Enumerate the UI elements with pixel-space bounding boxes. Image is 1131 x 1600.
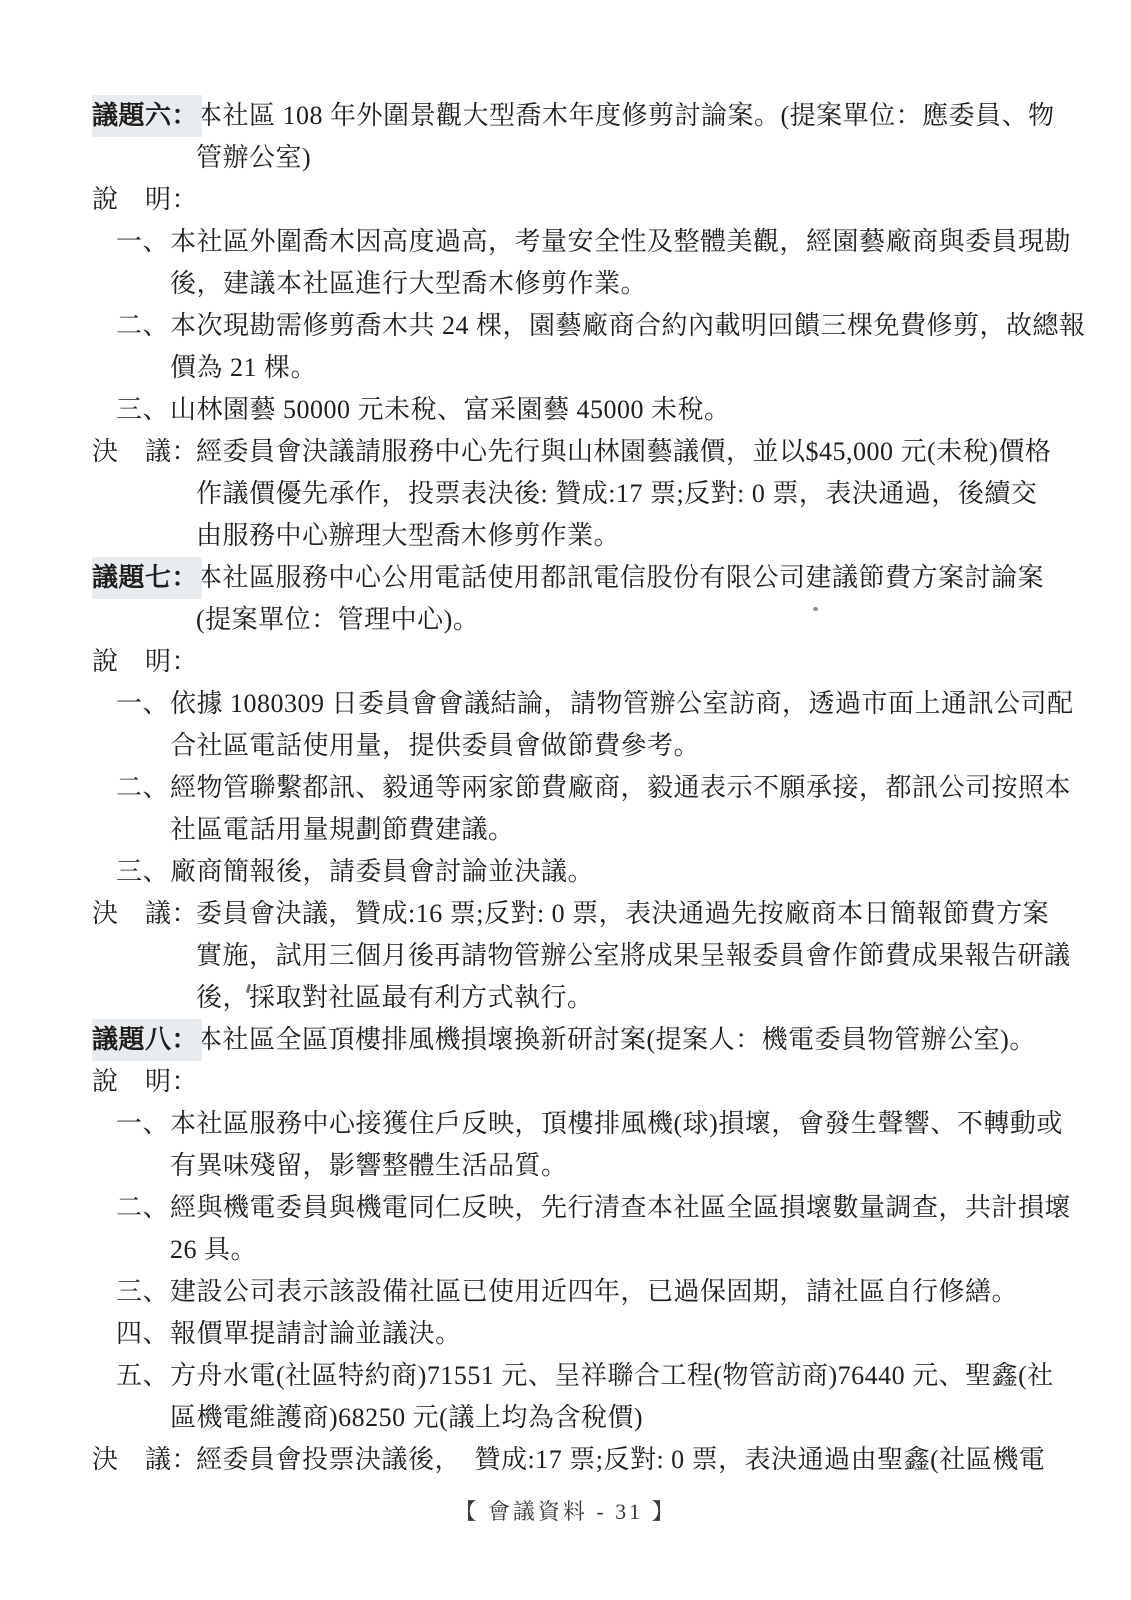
item-marker: 三、	[116, 851, 169, 893]
line-text: 方舟水電(社區特約商)71551 元、呈祥聯合工程(物管訪商)76440 元、聖…	[170, 1361, 1054, 1390]
doc-line: 決 議：委員會決議，贊成:16 票;反對: 0 票，表決通過先按廠商本日簡報節費…	[0, 893, 1131, 935]
line-text: 本社區服務中心接獲住戶反映，頂樓排風機(球)損壞，會發生聲響、不轉動或	[170, 1109, 1063, 1138]
doc-line: 議題八：本社區全區頂樓排風機損壞換新研討案(提案人：機電委員物管辦公室)。	[0, 1019, 1131, 1061]
line-text: 經物管聯繫都訊、毅通等兩家節費廠商，毅通表示不願承接，都訊公司按照本	[170, 773, 1071, 802]
doc-line: 26 具。	[0, 1229, 1131, 1271]
explanation-label: 說 明：	[92, 1061, 198, 1103]
line-text: 有異味殘留，影響整體生活品質。	[170, 1151, 568, 1180]
line-text: 經與機電委員與機電同仁反映，先行清查本社區全區損壞數量調查，共計損壞	[170, 1193, 1071, 1222]
page-footer: 【 會議資料 - 31 】	[0, 1495, 1131, 1526]
line-text: 本次現勘需修剪喬木共 24 棵，園藝廠商合約內載明回饋三棵免費修剪，故總報	[170, 311, 1086, 340]
doc-line: 一、本社區服務中心接獲住戶反映，頂樓排風機(球)損壞，會發生聲響、不轉動或	[0, 1103, 1131, 1145]
document-page: 議題六：本社區 108 年外圍景觀大型喬木年度修剪討論案。(提案單位：應委員、物…	[0, 0, 1131, 1600]
doc-line: 後，建議本社區進行大型喬木修剪作業。	[0, 263, 1131, 305]
line-text: 山林園藝 50000 元未稅、富采園藝 45000 未稅。	[170, 395, 731, 424]
line-text: 價為 21 棵。	[170, 353, 317, 382]
line-text: 後，建議本社區進行大型喬木修剪作業。	[170, 269, 647, 298]
doc-line: 二、本次現勘需修剪喬木共 24 棵，園藝廠商合約內載明回饋三棵免費修剪，故總報	[0, 305, 1131, 347]
resolution-label: 決 議：	[92, 1439, 198, 1481]
line-text: 廠商簡報後，請委員會討論並決議。	[170, 857, 594, 886]
line-text: 經委員會決議請服務中心先行與山林園藝議價，並以$45,000 元(未稅)價格	[196, 437, 1051, 466]
doc-line: 區機電維護商)68250 元(議上均為含稅價)	[0, 1397, 1131, 1439]
item-marker: 二、	[116, 305, 169, 347]
topic-label: 議題七：	[92, 557, 202, 599]
doc-line: 決 議：經委員會投票決議後， 贊成:17 票;反對: 0 票，表決通過由聖鑫(社…	[0, 1439, 1131, 1481]
doc-line: 合社區電話使用量，提供委員會做節費參考。	[0, 725, 1131, 767]
explanation-label: 說 明：	[92, 179, 198, 221]
explanation-label: 說 明：	[92, 641, 198, 683]
line-text: 由服務中心辦理大型喬木修剪作業。	[196, 521, 620, 550]
resolution-label: 決 議：	[92, 431, 198, 473]
doc-line: 五、方舟水電(社區特約商)71551 元、呈祥聯合工程(物管訪商)76440 元…	[0, 1355, 1131, 1397]
doc-line: 說 明：	[0, 641, 1131, 683]
doc-line: (提案單位：管理中心)。	[0, 599, 1131, 641]
meeting-minutes-body: 議題六：本社區 108 年外圍景觀大型喬木年度修剪討論案。(提案單位：應委員、物…	[0, 95, 1131, 1481]
doc-line: 管辦公室)	[0, 137, 1131, 179]
item-marker: 三、	[116, 1271, 169, 1313]
line-text: (提案單位：管理中心)。	[196, 605, 479, 634]
doc-line: 實施，試用三個月後再請物管辦公室將成果呈報委員會作節費成果報告研議	[0, 935, 1131, 977]
line-text: 委員會決議，贊成:16 票;反對: 0 票，表決通過先按廠商本日簡報節費方案	[196, 899, 1049, 928]
line-text: 後，採取對社區最有利方式執行。	[196, 983, 594, 1012]
doc-line: 由服務中心辦理大型喬木修剪作業。	[0, 515, 1131, 557]
line-text: 26 具。	[170, 1235, 257, 1264]
line-text: 本社區服務中心公用電話使用都訊電信股份有限公司建議節費方案討論案	[196, 563, 1044, 592]
line-text: 建設公司表示該設備社區已使用近四年，已過保固期，請社區自行修繕。	[170, 1277, 1018, 1306]
line-text: 作議價優先承作，投票表決後: 贊成:17 票;反對: 0 票，表決通過，後續交	[196, 479, 1037, 508]
line-text: 合社區電話使用量，提供委員會做節費參考。	[170, 731, 700, 760]
doc-line: 價為 21 棵。	[0, 347, 1131, 389]
topic-label: 議題八：	[92, 1019, 202, 1061]
line-text: 本社區 108 年外圍景觀大型喬木年度修剪討論案。(提案單位：應委員、物	[196, 101, 1055, 130]
line-text: 報價單提請討論並議決。	[170, 1319, 462, 1348]
doc-line: 三、建設公司表示該設備社區已使用近四年，已過保固期，請社區自行修繕。	[0, 1271, 1131, 1313]
doc-line: 決 議：經委員會決議請服務中心先行與山林園藝議價，並以$45,000 元(未稅)…	[0, 431, 1131, 473]
line-text: 區機電維護商)68250 元(議上均為含稅價)	[170, 1403, 643, 1432]
topic-label: 議題六：	[92, 95, 202, 137]
line-text: 社區電話用量規劃節費建議。	[170, 815, 515, 844]
doc-line: 四、報價單提請討論並議決。	[0, 1313, 1131, 1355]
item-marker: 二、	[116, 767, 169, 809]
doc-line: 一、依據 1080309 日委員會會議結論，請物管辦公室訪商，透過市面上通訊公司…	[0, 683, 1131, 725]
doc-line: 一、本社區外圍喬木因高度過高，考量安全性及整體美觀，經園藝廠商與委員現勘	[0, 221, 1131, 263]
item-marker: 一、	[116, 1103, 169, 1145]
doc-line: 二、經與機電委員與機電同仁反映，先行清查本社區全區損壞數量調查，共計損壞	[0, 1187, 1131, 1229]
item-marker: 四、	[116, 1313, 169, 1355]
resolution-label: 決 議：	[92, 893, 198, 935]
doc-line: 三、廠商簡報後，請委員會討論並決議。	[0, 851, 1131, 893]
item-marker: 一、	[116, 221, 169, 263]
item-marker: 二、	[116, 1187, 169, 1229]
item-marker: 五、	[116, 1355, 169, 1397]
line-text: 本社區外圍喬木因高度過高，考量安全性及整體美觀，經園藝廠商與委員現勘	[170, 227, 1071, 256]
line-text: 依據 1080309 日委員會會議結論，請物管辦公室訪商，透過市面上通訊公司配	[170, 689, 1074, 718]
doc-line: 議題六：本社區 108 年外圍景觀大型喬木年度修剪討論案。(提案單位：應委員、物	[0, 95, 1131, 137]
doc-line: 有異味殘留，影響整體生活品質。	[0, 1145, 1131, 1187]
doc-line: 社區電話用量規劃節費建議。	[0, 809, 1131, 851]
doc-line: 說 明：	[0, 1061, 1131, 1103]
item-marker: 一、	[116, 683, 169, 725]
doc-line: 二、經物管聯繫都訊、毅通等兩家節費廠商，毅通表示不願承接，都訊公司按照本	[0, 767, 1131, 809]
line-text: 本社區全區頂樓排風機損壞換新研討案(提案人：機電委員物管辦公室)。	[196, 1025, 1036, 1054]
line-text: 實施，試用三個月後再請物管辦公室將成果呈報委員會作節費成果報告研議	[196, 941, 1071, 970]
doc-line: 作議價優先承作，投票表決後: 贊成:17 票;反對: 0 票，表決通過，後續交	[0, 473, 1131, 515]
doc-line: 議題七：本社區服務中心公用電話使用都訊電信股份有限公司建議節費方案討論案	[0, 557, 1131, 599]
line-text: 管辦公室)	[196, 143, 311, 172]
doc-line: 說 明：	[0, 179, 1131, 221]
doc-line: 後，採取對社區最有利方式執行。	[0, 977, 1131, 1019]
item-marker: 三、	[116, 389, 169, 431]
line-text: 經委員會投票決議後， 贊成:17 票;反對: 0 票，表決通過由聖鑫(社區機電	[196, 1445, 1045, 1474]
doc-line: 三、山林園藝 50000 元未稅、富采園藝 45000 未稅。	[0, 389, 1131, 431]
